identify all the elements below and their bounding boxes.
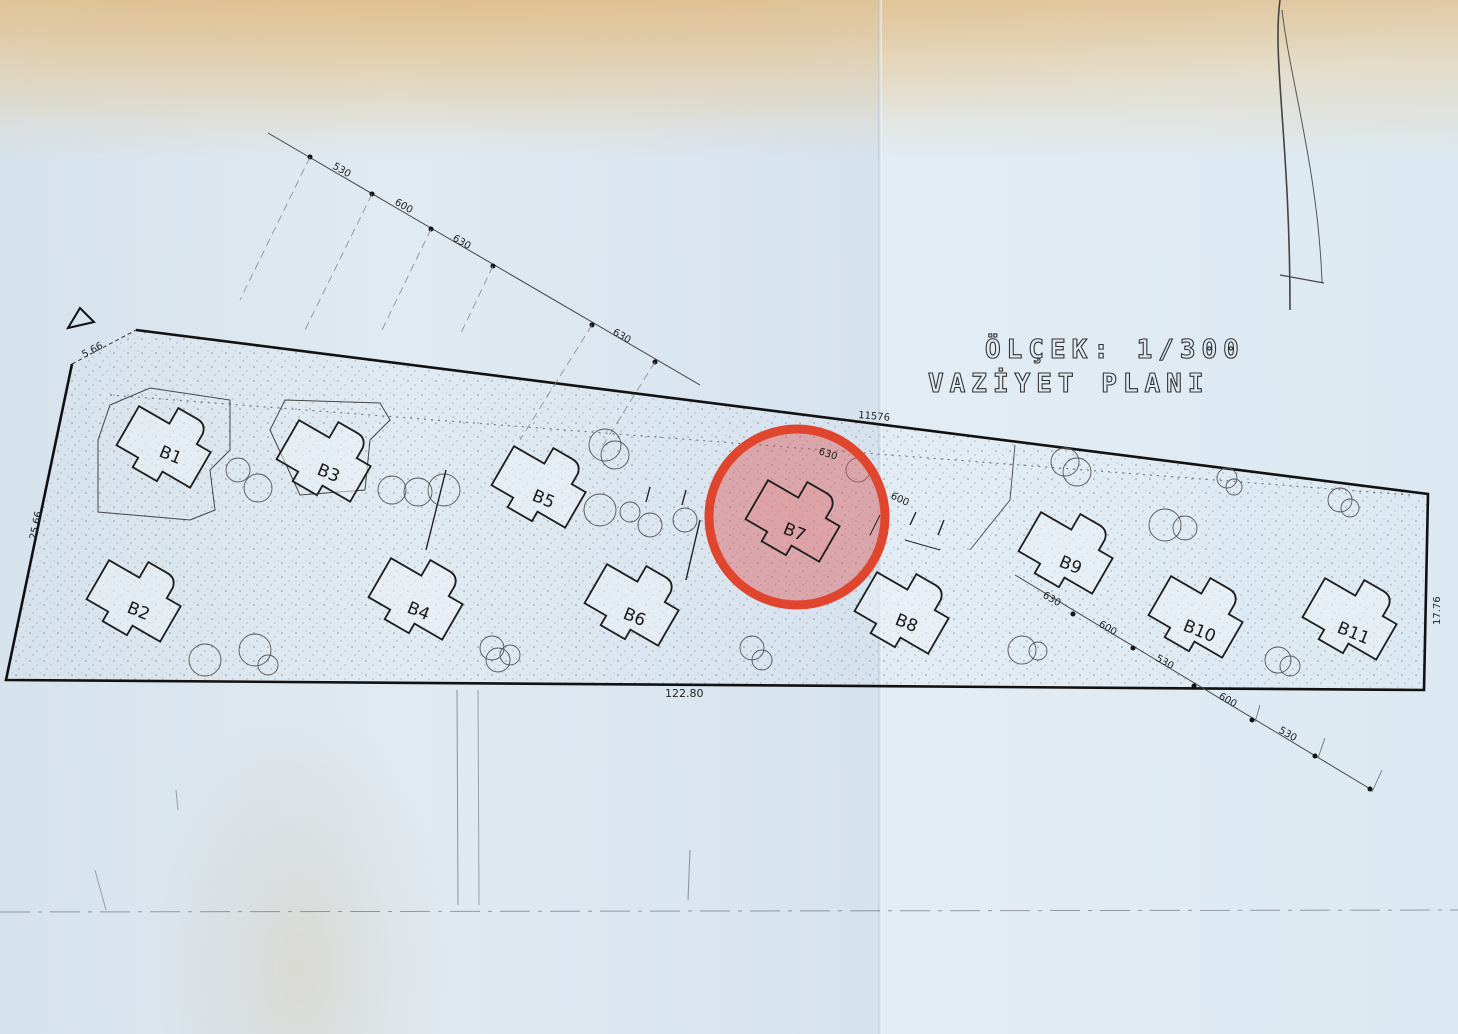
north-triangle-icon — [68, 308, 94, 328]
svg-text:530: 530 — [331, 161, 353, 180]
site-plan-sheet: 530 600 630 630 5.66 25.66 17.76 11576 1… — [0, 0, 1458, 1034]
svg-text:530: 530 — [1277, 725, 1299, 744]
svg-text:600: 600 — [393, 197, 415, 216]
right-edge-dimension: 17.76 — [1432, 596, 1443, 625]
scale-label: ÖLÇEK: 1/300 — [985, 332, 1245, 365]
svg-text:630: 630 — [451, 233, 473, 252]
bottom-edge-dimension: 122.80 — [665, 687, 704, 700]
faint-lines-below — [0, 690, 1458, 912]
road-curve — [1278, 0, 1324, 310]
site-plan-drawing: 530 600 630 630 5.66 25.66 17.76 11576 1… — [0, 0, 1458, 1034]
drawing-title: ÖLÇEK: 1/300 VAZİYET PLANI — [928, 332, 1245, 399]
plan-title: VAZİYET PLANI — [928, 367, 1210, 399]
